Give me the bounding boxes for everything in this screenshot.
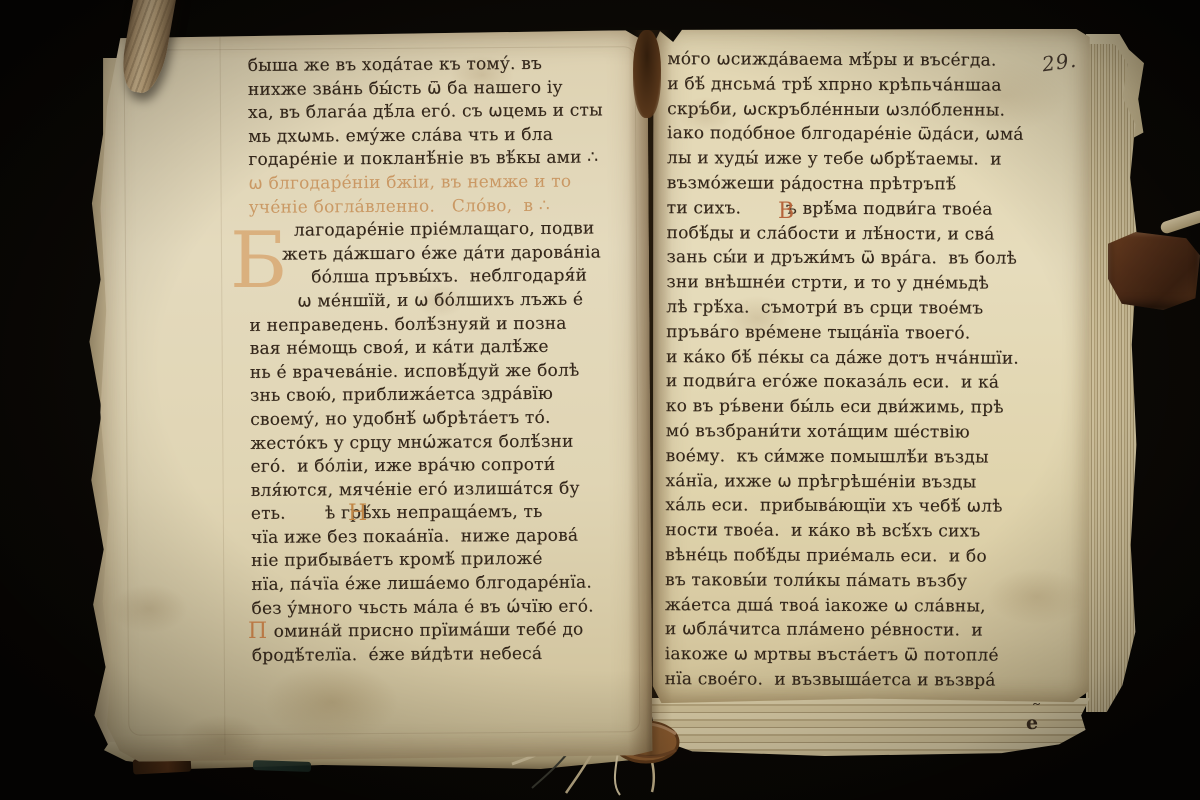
manuscript-text-line: чїа иже без покаа́нїа. ниже дарова́ (251, 524, 643, 550)
manuscript-text-line: ха́нїа, ихже ѡ прѣгрѣше́ніи възды (665, 469, 1073, 496)
page-number: 29. (1040, 48, 1078, 77)
manuscript-text-line: и ѡбла́читса пла́мено ре́вности. и (665, 617, 1073, 644)
quire-signature: ˜ е (1026, 706, 1040, 732)
manuscript-text-line: нїа свое́го. и възвыша́етса и възвра́ (665, 667, 1073, 694)
rubric-initial-В: В (778, 201, 794, 223)
manuscript-text-line: лы и худы́ иже у тебе ѡбрѣ́таемы. и (667, 146, 1075, 173)
manuscript-text-line: нихже зва́нь бы́сть ѿ ба нашего іу (248, 76, 640, 102)
manuscript-text-line: и неправедень. болѣ́знуяй и позна (249, 312, 641, 338)
left-page-text-column: быша же въ хода́тае къ тому́. вънихже зв… (248, 52, 644, 668)
manuscript-text-line: его́. и бо́ліи, иже вра́чю сопроти́ (250, 453, 642, 479)
manuscript-text-line: нїа, па́чїа е́же лиша́емо блгодаре́нїа. (251, 571, 643, 597)
manuscript-text-line: пръва́го вре́мене тыца́нїа твоего́. (666, 320, 1074, 347)
manuscript-text-line: възмо́жеши ра́достна прѣтръпѣ́ (667, 171, 1075, 198)
manuscript-text-line: іакоже ѡ мртвы въста́етъ ѿ потопле́ (665, 642, 1073, 669)
manuscript-text-line: жесто́къ у срцу мнѡ́жатся болѣ́зни (250, 430, 642, 456)
manuscript-text-line: и подви́га его́же показа́ль еси. и ка́ (666, 369, 1074, 396)
manuscript-text-line: жа́етса дша́ твоа́ іакоже ѡ сла́вны, (665, 593, 1073, 620)
manuscript-text-line: быша же въ хода́тае къ тому́. въ (248, 52, 640, 78)
rubric-initial-П: П (248, 621, 267, 643)
manuscript-text-line: бо́лша пръвы́хъ. неблгодаря́й (249, 264, 641, 290)
photograph-background: быша же въ хода́тае къ тому́. вънихже зв… (0, 0, 1200, 800)
right-page-text-column: мо́го ѡсижда́ваема мѣ́ры и въсе́гда.и бѣ… (665, 47, 1076, 693)
rubric-initial-Б: Б (230, 222, 287, 300)
quire-signature-titlo: ˜ (1031, 706, 1042, 714)
leather-clasp-strap (1108, 232, 1200, 310)
manuscript-text-line: своему́, но удобнѣ́ ѡбрѣта́етъ то́. (250, 406, 642, 432)
manuscript-text-line: мо́го ѡсижда́ваема мѣ́ры и въсе́гда. (667, 47, 1075, 74)
manuscript-text-line: и ка́ко бѣ́ пе́кы са да́же дотъ нча́ншїи… (666, 345, 1074, 372)
manuscript-text-line: мь дхѡмь. ему́же сла́ва чть и бла (248, 123, 640, 149)
manuscript-text-line: мо́ възбрани́ти хота́щим ше́ствію (666, 419, 1074, 446)
manuscript-text-line: вое́му. къ си́мже помышлѣ́и възды (666, 444, 1074, 471)
manuscript-text-line: ти сихъ. ъ врѣ́ма подви́га твое́а (667, 196, 1075, 223)
manuscript-text-line: ѡ блгодаре́ніи бжіи, въ немже и то (248, 170, 640, 196)
manuscript-text-line: лѣ грѣ́ха. съмотри́ въ срци твое́мъ (666, 295, 1074, 322)
rubric-initial-Н: Н (348, 503, 367, 525)
manuscript-text-line: вѣне́ць побѣ́ды прие́маль еси. и бо (665, 543, 1073, 570)
right-fore-edge-pages (1086, 44, 1138, 712)
manuscript-text-line: ности твое́а. и ка́ко вѣ всѣ́хъ сихъ (665, 518, 1073, 545)
manuscript-text-line: омина́й присно прїима́ши тебе́ до (252, 618, 644, 644)
manuscript-text-line: вая не́мощь своя́, и ка́ти далѣ́же (250, 335, 642, 361)
manuscript-text-line: жеть да́жшаго е́же да́ти дарова́ніа (249, 241, 641, 267)
manuscript-text-line: уче́ніе богла́вленно. Сло́во, в ∴ (249, 194, 641, 220)
manuscript-text-line: іако подо́бное блгодаре́ніе ѿда́си, ѡма́ (667, 121, 1075, 148)
manuscript-text-line: нь е́ врачева́ніе. исповѣ́дуй же болѣ (250, 359, 642, 385)
manuscript-text-line: лагодаре́ніе пріе́млащаго, подви (249, 217, 641, 243)
manuscript-text-line: без у́много чьсть ма́ла е́ въ ѡ́чїю его́… (251, 595, 643, 621)
manuscript-text-line: вля́ются, мяче́ніе его́ излиша́тся бу (251, 477, 643, 503)
manuscript-text-line: зни внѣшне́и стрти, и то у дне́мьдѣ (666, 270, 1074, 297)
manuscript-text-line: знь свою́, приближа́етса здра́вїю (250, 382, 642, 408)
binding-cord (1159, 209, 1200, 235)
gutter-spine-gap (633, 30, 661, 118)
manuscript-text-line: скръ́би, ѡскръбле́нныи ѡзло́бленны. (667, 97, 1075, 124)
worn-cloth-fragment (253, 760, 311, 772)
manuscript-text-line: ѡ ме́ншїй, и ѡ бо́лшихъ лъжь е́ (249, 288, 641, 314)
manuscript-text-line: и бѣ́ днсьма́ трѣ́ хпрно крѣпьча́ншаа (667, 72, 1075, 99)
manuscript-text-line: ко въ ръ́вени бы́ль еси дви́жимь, прѣ (666, 394, 1074, 421)
manuscript-text-line: зань сы́и и дръжи́мъ ѿ вра́га. въ болѣ (666, 245, 1074, 272)
left-manuscript-page: быша же въ хода́тае къ тому́. вънихже зв… (95, 30, 652, 762)
manuscript-text-line: ніе прибыва́етъ кромѣ́ приложе́ (251, 548, 643, 574)
manuscript-text-line: годаре́ніе и покланѣ́ніе въ вѣ́кы ами ∴ (248, 147, 640, 173)
manuscript-text-line: ха, въ блага́а дѣ́ла его́. съ ѡцемь и ст… (248, 99, 640, 125)
right-manuscript-page: мо́го ѡсижда́ваема мѣ́ры и въсе́гда.и бѣ… (651, 27, 1092, 705)
manuscript-text-line: еть. ѣ грѣ́хь непраща́емъ, ть (251, 500, 643, 526)
manuscript-text-line: побѣ́ды и сла́бости и лѣ́ности, и сва́ (667, 221, 1075, 248)
manuscript-text-line: въ таковы́и толи́кы па́мать възбу (665, 568, 1073, 595)
manuscript-text-line: бродѣ́телїа. е́же ви́дѣти небеса́ (252, 642, 644, 668)
manuscript-text-line: ха́ль еси. прибыва́ющїи хъ чебѣ́ ѡлѣ (665, 493, 1073, 520)
